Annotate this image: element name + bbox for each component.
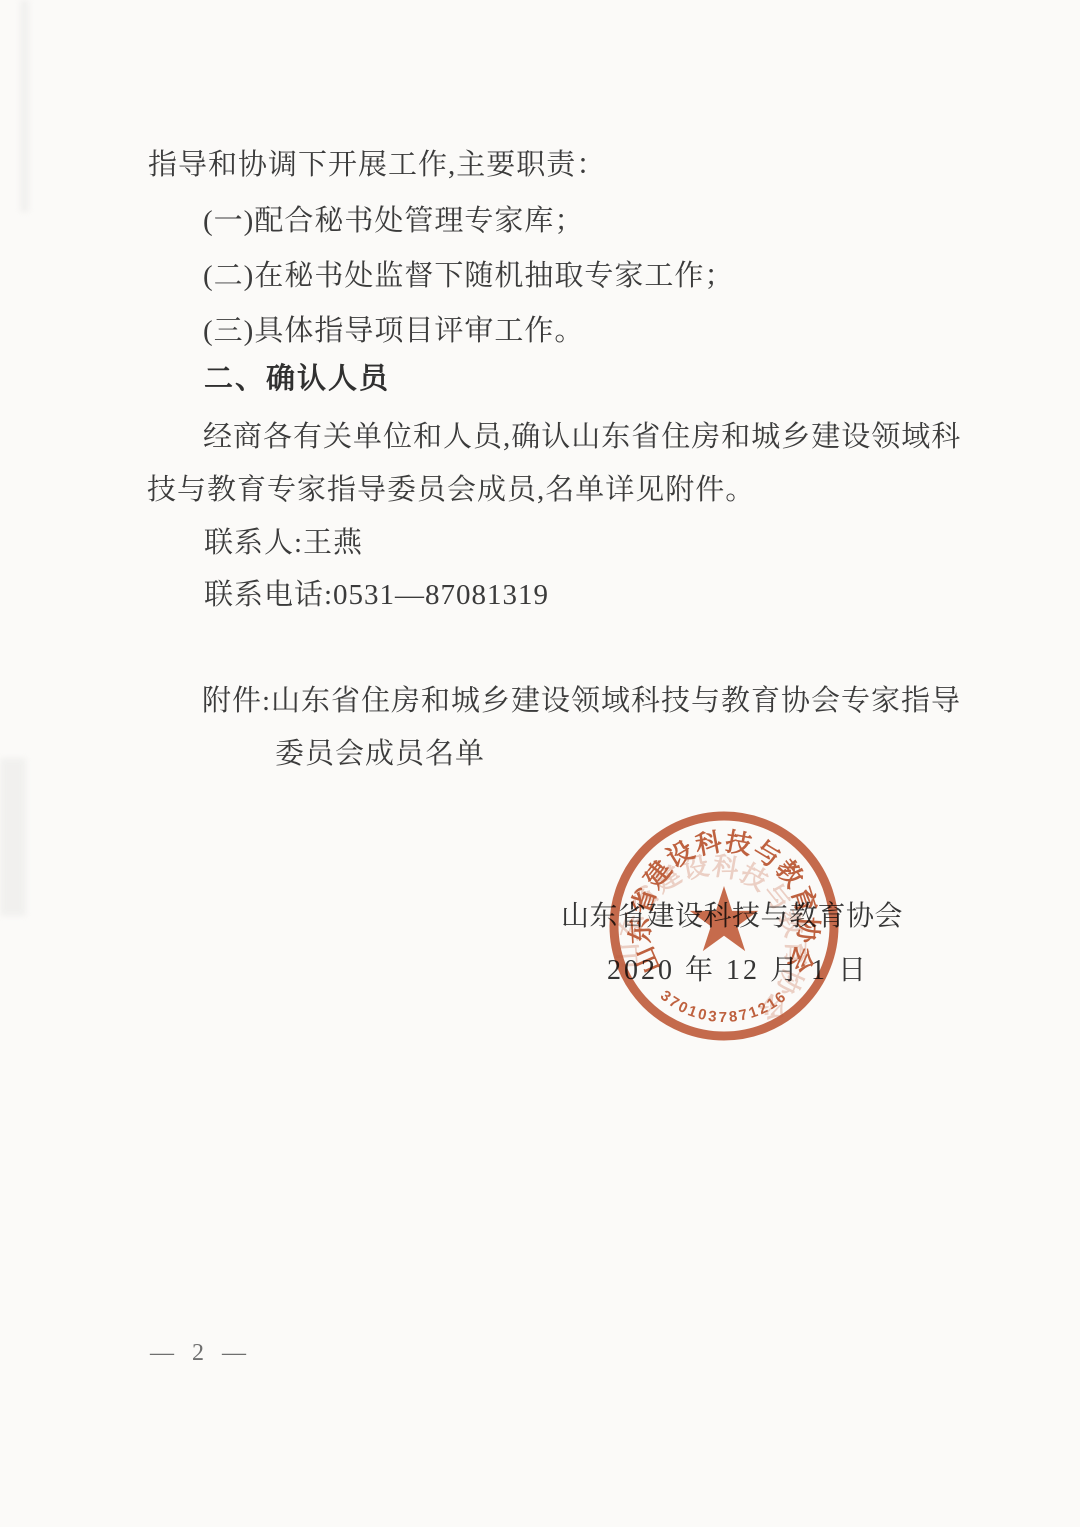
body-line-duties-intro: 指导和协调下开展工作,主要职责： xyxy=(148,150,606,182)
page-number: — 2 — xyxy=(150,1340,251,1366)
contact-phone-line: 联系电话:0531—87081319 xyxy=(204,580,549,612)
attachment-line-1: 附件:山东省住房和城乡建设领域科技与教育协会专家指导 xyxy=(202,686,961,718)
contact-person-line: 联系人:王燕 xyxy=(204,528,363,560)
scan-artifact xyxy=(0,758,26,916)
document-page: 指导和协调下开展工作,主要职责： (一)配合秘书处管理专家库； (二)在秘书处监… xyxy=(0,0,1080,1527)
paragraph-line-2: 技与教育专家指导委员会成员,名单详见附件。 xyxy=(147,475,755,507)
official-seal: 山东省建设科技与教育协会 山东省建设科技与教育协会 3701037871216 xyxy=(599,801,849,1051)
paragraph-line-1: 经商各有关单位和人员,确认山东省住房和城乡建设领域科 xyxy=(203,422,961,454)
scan-artifact xyxy=(20,0,29,212)
section-heading-confirm-personnel: 二、确认人员 xyxy=(204,364,390,396)
list-item-3: (三)具体指导项目评审工作。 xyxy=(203,316,584,348)
list-item-2: (二)在秘书处监督下随机抽取专家工作； xyxy=(203,261,734,293)
seal-star-icon xyxy=(690,886,758,951)
list-item-1: (一)配合秘书处管理专家库； xyxy=(203,206,584,238)
attachment-line-2: 委员会成员名单 xyxy=(275,739,485,771)
